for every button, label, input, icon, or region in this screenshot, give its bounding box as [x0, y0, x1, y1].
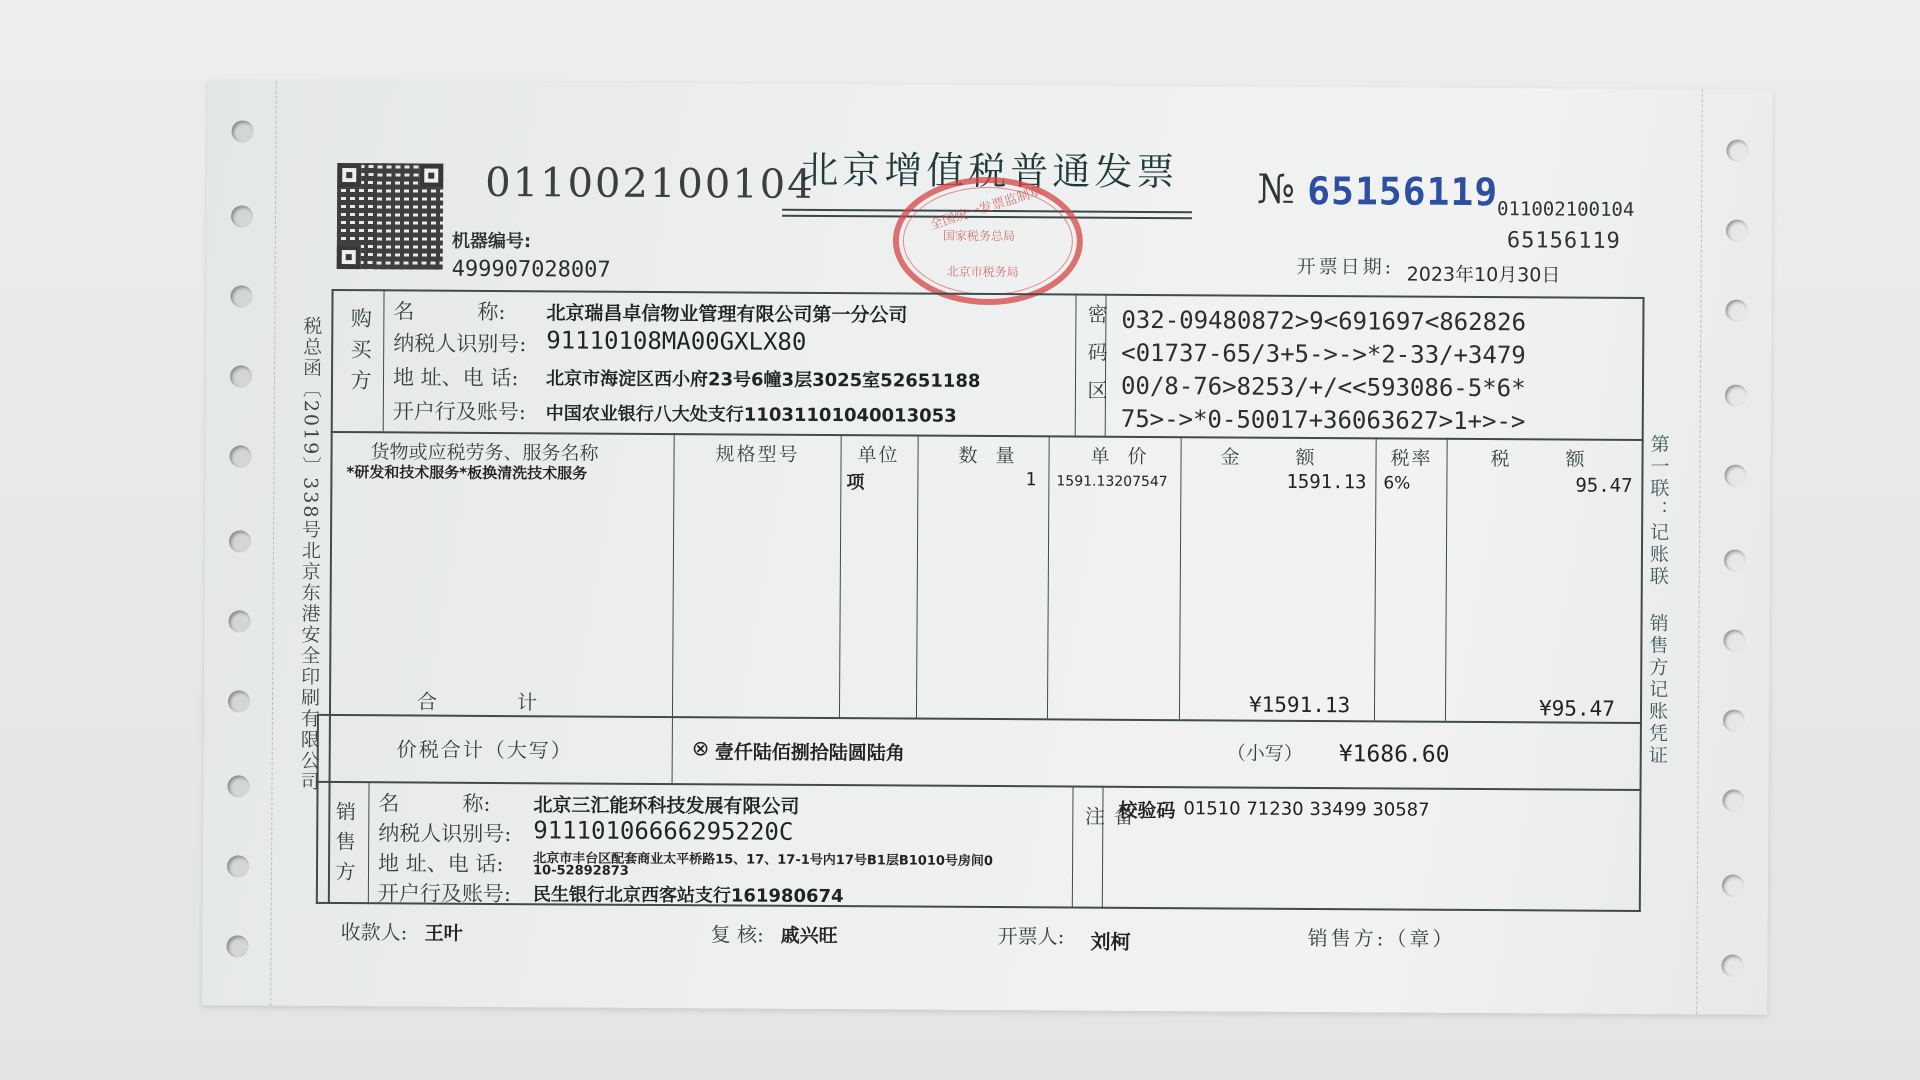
feed-hole	[1724, 465, 1746, 487]
feed-hole	[228, 610, 250, 632]
machine-no-label: 机器编号:	[452, 227, 531, 253]
header-price: 单 价	[1090, 442, 1152, 469]
tax-seal-stamp: 全国统一发票监制章 国家税务总局 北京市税务局	[892, 176, 1083, 305]
header-amount: 金 额	[1220, 442, 1320, 470]
feed-hole	[228, 690, 250, 712]
printed-invoice-number: 65156119	[1507, 228, 1621, 254]
seller-tax-id: 91110106666295220C	[533, 816, 793, 846]
feed-hole	[1725, 300, 1747, 322]
number-symbol: №	[1257, 167, 1295, 213]
buyer-side-label: 购买方	[345, 307, 376, 400]
qr-code	[337, 163, 444, 270]
buyer-name: 北京瑞昌卓信物业管理有限公司第一分公司	[546, 298, 907, 327]
qr-finder	[337, 163, 361, 187]
feed-hole	[1721, 954, 1743, 976]
payee: 王叶	[425, 919, 463, 946]
table-border	[316, 902, 1641, 912]
buyer-tax-id: 91110108MA00GXLX80	[546, 326, 806, 356]
item-unit: 项	[846, 468, 864, 494]
grand-total-figures-label: （小写）	[1227, 738, 1303, 765]
payee-label: 收款人:	[341, 916, 408, 945]
cipher-line: 032-09480872>9<691697<862826	[1121, 304, 1526, 339]
table-divider	[1179, 436, 1182, 719]
table-divider	[1072, 786, 1074, 909]
check-code-label: 校验码	[1118, 796, 1175, 823]
feed-hole	[1726, 140, 1748, 162]
reviewer-label: 复 核:	[711, 918, 764, 947]
invoice-paper: 税总函〔2019〕338号北京东港安全印刷有限公司 第一联：记账联 销售方记账凭…	[202, 80, 1773, 1015]
buyer-tax-id-label: 纳税人识别号:	[393, 327, 526, 358]
table-divider	[839, 434, 842, 717]
feed-hole	[230, 365, 252, 387]
table-divider	[1075, 294, 1077, 436]
item-tax: 95.47	[1575, 475, 1632, 497]
table-divider	[916, 435, 919, 718]
buyer-bank-label: 开户行及账号:	[393, 395, 526, 426]
feed-hole	[231, 120, 253, 142]
total-tax: ¥95.47	[1539, 696, 1615, 720]
machine-no: 499907028007	[452, 257, 611, 283]
feed-hole	[1722, 789, 1744, 811]
grand-total-words-label: 价税合计（大写）	[397, 733, 573, 763]
header-tax: 税 额	[1490, 444, 1590, 472]
issue-date: 2023年10月30日	[1407, 260, 1561, 288]
item-qty: 1	[1025, 469, 1036, 490]
buyer-address-label: 地 址、电 话:	[393, 361, 519, 392]
feed-hole	[229, 445, 251, 467]
invoice-table: 购买方 名 称: 北京瑞昌卓信物业管理有限公司第一分公司 纳税人识别号: 911…	[328, 289, 1645, 912]
table-divider	[1374, 437, 1377, 720]
feed-hole	[226, 935, 248, 957]
cipher-side-label: 密码区	[1082, 304, 1112, 418]
check-code: 01510 71230 33499 30587	[1183, 798, 1429, 821]
seller-stamp-label: 销售方:（章）	[1308, 922, 1456, 952]
grand-total-figures: ¥1686.60	[1339, 741, 1450, 768]
feed-hole	[227, 775, 249, 797]
seal-bottom-text: 北京市税务局	[947, 263, 1019, 280]
buyer-name-label: 名 称:	[393, 295, 505, 326]
qr-finder	[337, 245, 361, 269]
item-price: 1591.13207547	[1056, 473, 1167, 490]
cipher-line: 75>->*0-50017+36063627>1+>->	[1121, 403, 1526, 438]
table-divider	[672, 433, 675, 783]
seller-bank: 民生银行北京西客站支行161980674	[533, 880, 844, 908]
header-qty: 数 量	[958, 441, 1020, 468]
feed-hole	[227, 855, 249, 877]
item-rate: 6%	[1383, 473, 1410, 493]
feed-hole	[1722, 874, 1744, 896]
seal-middle-text: 国家税务总局	[943, 227, 1015, 244]
table-divider	[1047, 435, 1050, 718]
feed-hole	[1725, 385, 1747, 407]
total-amount: ¥1591.13	[1249, 693, 1350, 718]
header-unit: 单位	[857, 440, 899, 467]
seller-name: 北京三汇能环科技发展有限公司	[533, 790, 799, 819]
header-rate: 税率	[1390, 443, 1432, 470]
reviewer: 戚兴旺	[781, 921, 838, 948]
feed-hole	[230, 285, 252, 307]
seller-bank-label: 开户行及账号:	[378, 877, 511, 908]
seller-address-line2: 10-52892873	[533, 863, 629, 879]
item-name: *研发和技术服务*板换清洗技术服务	[346, 461, 587, 483]
table-divider	[317, 714, 1642, 724]
drawer-label: 开票人:	[998, 920, 1065, 949]
left-feed-strip	[202, 80, 277, 1005]
seller-name-label: 名 称:	[378, 787, 490, 818]
cipher-area: 032-09480872>9<691697<862826 <01737-65/3…	[1121, 304, 1526, 438]
table-divider	[368, 781, 370, 904]
feed-hole	[1723, 709, 1745, 731]
item-amount: 1591.13	[1286, 471, 1366, 493]
feed-hole	[229, 530, 251, 552]
qr-finder	[419, 164, 443, 188]
invoice-code: 011002100104	[485, 160, 815, 208]
feed-hole	[1723, 629, 1745, 651]
feed-hole	[231, 205, 253, 227]
copy-type-vertical: 第一联：记账联 销售方记账凭证	[1644, 434, 1673, 767]
seller-tax-id-label: 纳税人识别号:	[378, 817, 511, 848]
grand-total-words: 壹仟陆佰捌拾陆圆陆角	[715, 737, 905, 765]
issue-date-label: 开票日期:	[1297, 252, 1395, 280]
buyer-bank: 中国农业银行八大处支行11031101040013053	[546, 399, 957, 428]
drawer: 刘柯	[1091, 926, 1131, 955]
feed-hole	[1726, 220, 1748, 242]
cipher-line: 00/8-76>8253/+/<<593086-5*6*	[1121, 370, 1526, 405]
seller-address-label: 地 址、电 话:	[378, 847, 504, 878]
printer-info-vertical: 税总函〔2019〕338号北京东港安全印刷有限公司	[295, 316, 325, 793]
table-border	[316, 714, 319, 904]
table-divider	[383, 289, 385, 431]
header-spec: 规格型号	[715, 439, 799, 467]
invoice-number: 65156119	[1307, 169, 1498, 214]
table-divider	[1445, 438, 1448, 721]
right-feed-strip	[1696, 89, 1773, 1014]
buyer-address: 北京市海淀区西小府23号6幢3层3025室52651188	[546, 364, 981, 393]
printed-invoice-code: 011002100104	[1497, 198, 1634, 221]
cipher-line: <01737-65/3+5->->*2-33/+3479	[1121, 337, 1526, 372]
table-divider	[317, 781, 1642, 791]
total-label: 合 计	[417, 686, 537, 716]
crossed-circle-icon: ⊗	[692, 736, 710, 760]
seller-side-label: 销售方	[330, 801, 360, 891]
feed-hole	[1724, 549, 1746, 571]
